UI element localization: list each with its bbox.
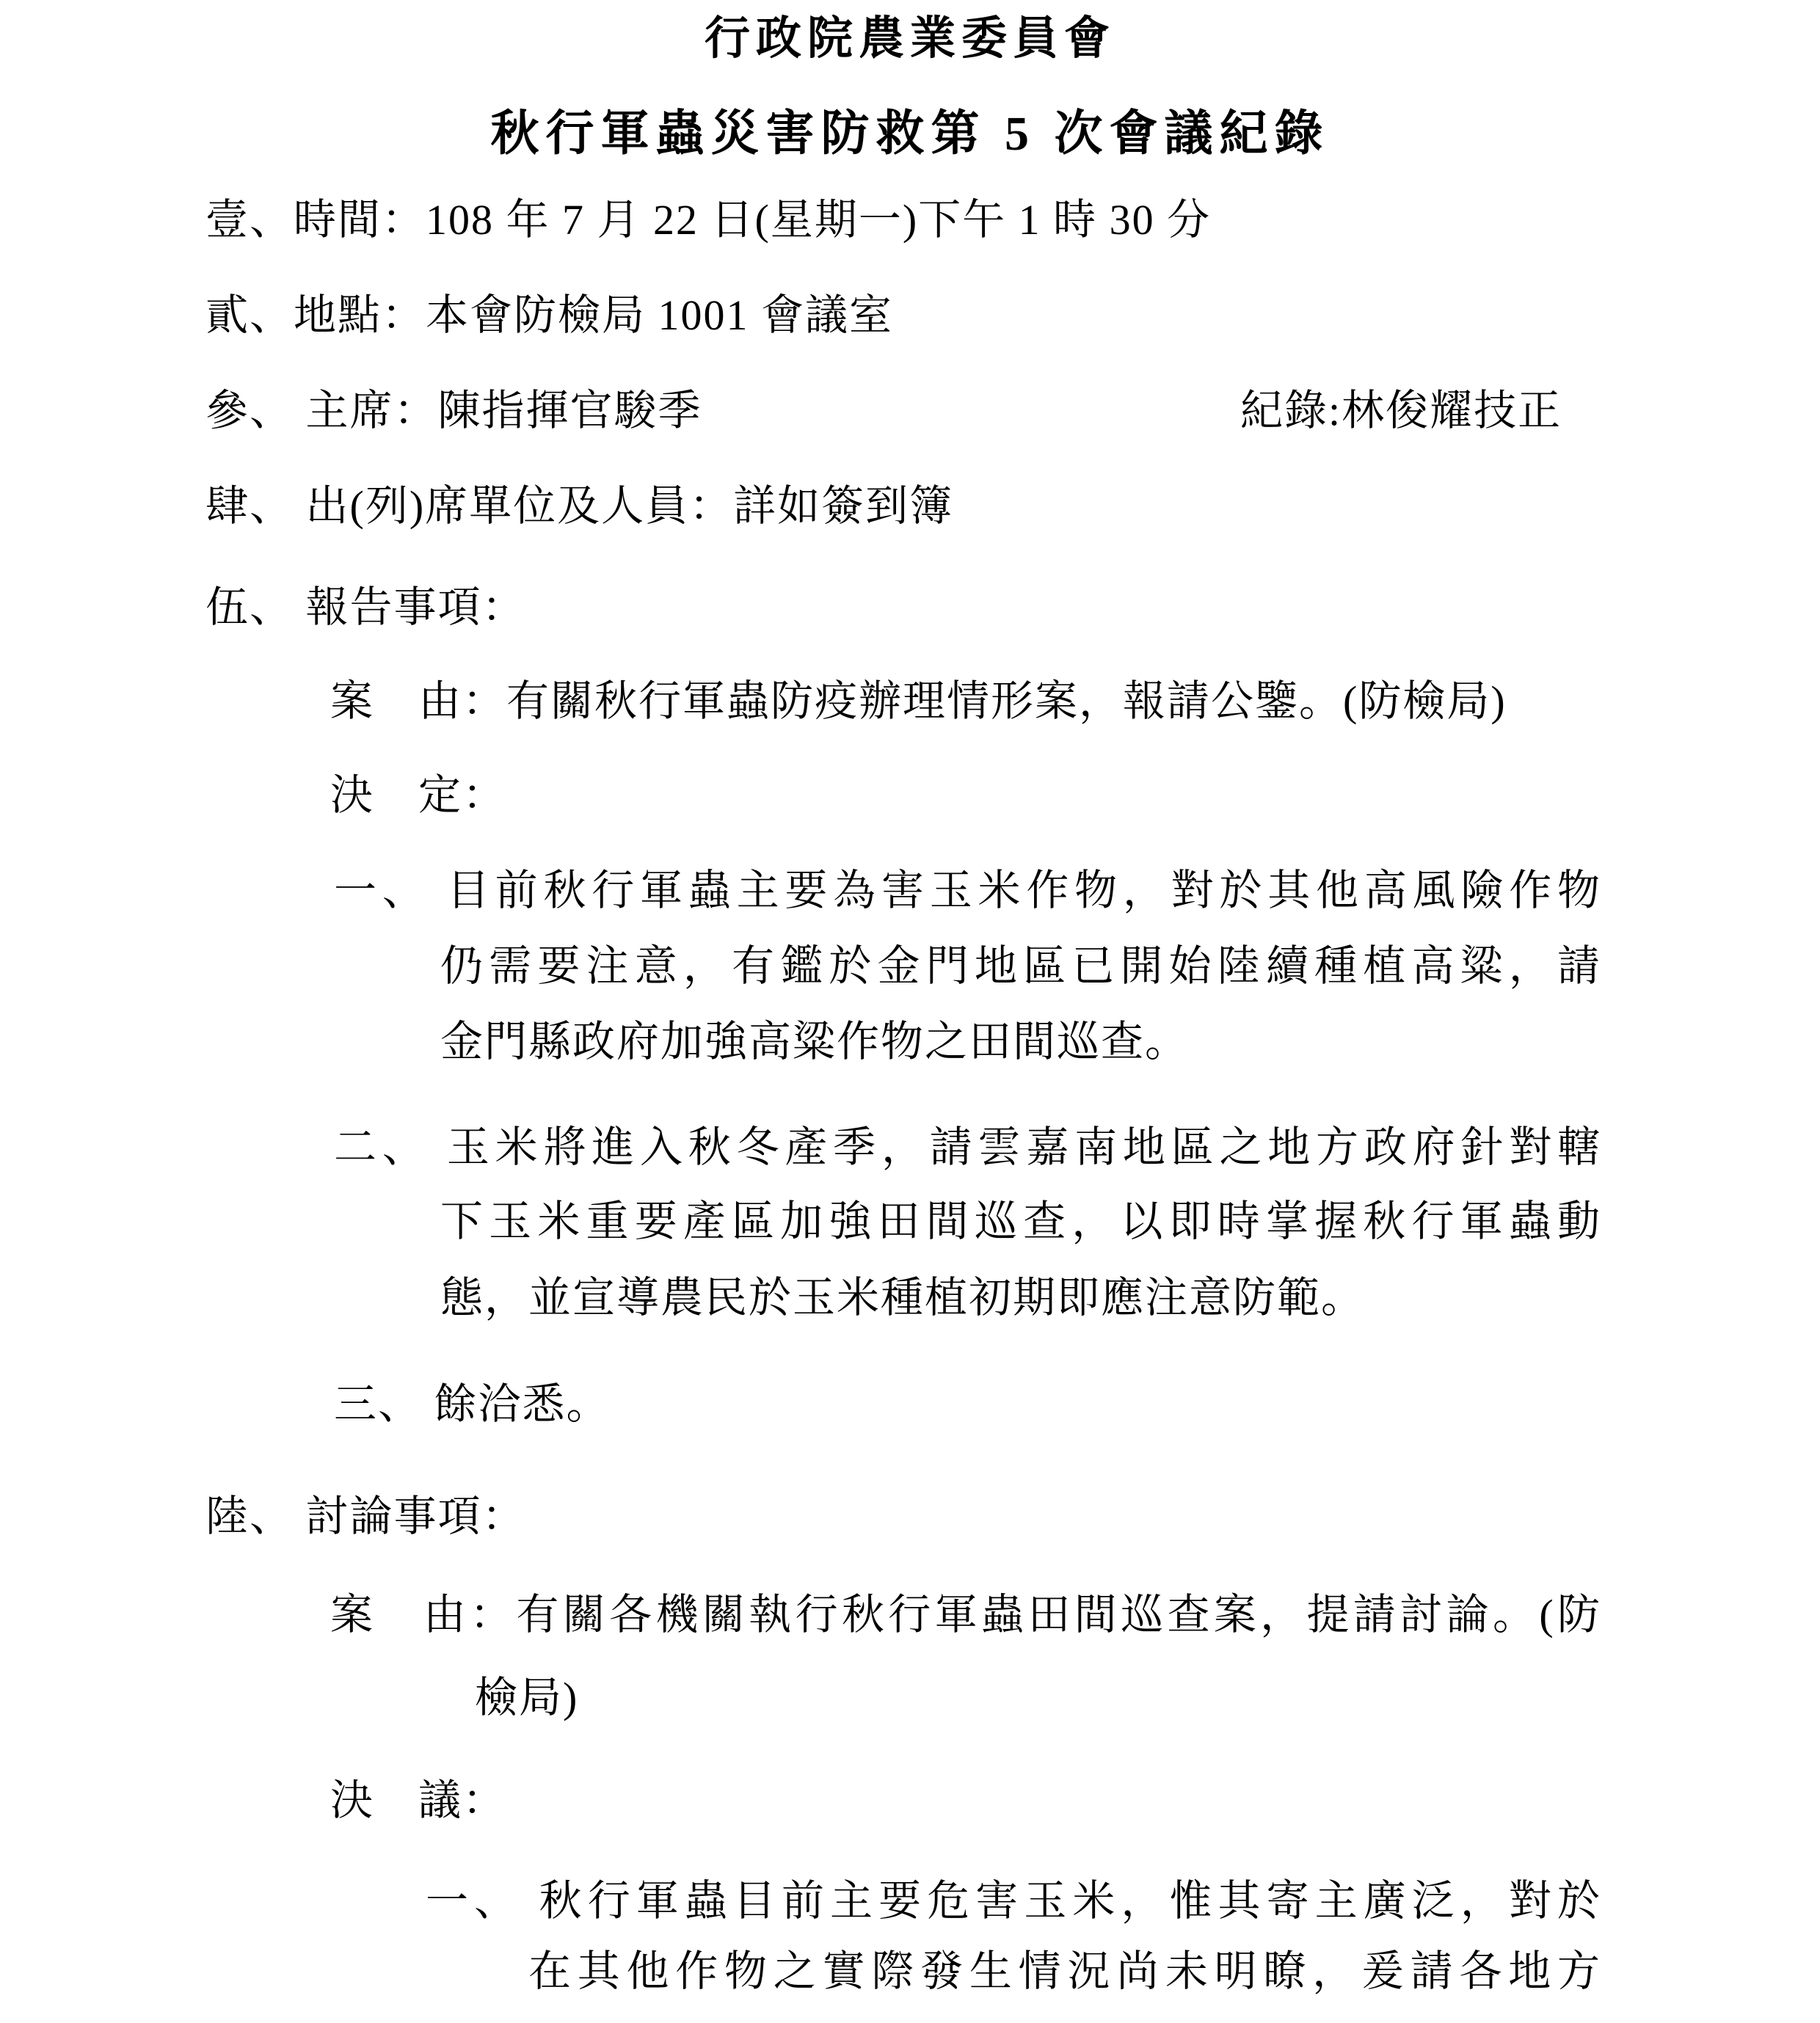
report-item2-line3: 態，並宣導農民於玉米種植初期即應注意防範。 (440, 1275, 1365, 1322)
meeting-minutes-page: 行政院農業委員會 秋行軍蟲災害防救第 5 次會議紀錄 壹、時間：108 年 7 … (0, 0, 1820, 2023)
discussion-item1-line1: 一、 秋行軍蟲目前主要危害玉米，惟其寄主廣泛，對於 (426, 1878, 1600, 1925)
discussion-case-subject-line2: 檢局) (475, 1674, 578, 1721)
report-case-subject: 案 由：有關秋行軍蟲防疫辦理情形案，報請公鑒。(防檢局) (330, 678, 1507, 725)
report-item3: 三、 餘洽悉。 (334, 1381, 611, 1428)
report-item1-line1: 一、 目前秋行軍蟲主要為害玉米作物，對於其他高風險作物 (334, 867, 1600, 914)
section-report-header: 伍、 報告事項： (205, 584, 526, 631)
document-title: 秋行軍蟲災害防救第 5 次會議紀錄 (0, 94, 1820, 164)
line-meeting-time: 壹、時間：108 年 7 月 22 日(星期一)下午 1 時 30 分 (205, 197, 1211, 244)
line-meeting-attendees: 肆、 出(列)席單位及人員：詳如簽到簿 (205, 483, 953, 530)
report-item1-line2: 仍需要注意，有鑑於金門地區已開始陸續種植高粱，請 (440, 943, 1600, 990)
report-item1-line3: 金門縣政府加強高粱作物之田間巡查。 (440, 1018, 1189, 1065)
line-meeting-recorder: 紀錄:林俊耀技正 (1240, 387, 1562, 434)
report-item2-line2: 下玉米重要產區加強田間巡查，以即時掌握秋行軍蟲動 (440, 1198, 1600, 1245)
discussion-decision-label: 決 議： (330, 1777, 506, 1824)
section-discussion-header: 陸、 討論事項： (205, 1493, 526, 1540)
discussion-item1-line2: 在其他作物之實際發生情況尚未明瞭，爰請各地方 (528, 1948, 1600, 1995)
line-meeting-chair: 參、 主席：陳指揮官駿季 (205, 387, 702, 434)
report-item2-line1: 二、 玉米將進入秋冬產季，請雲嘉南地區之地方政府針對轄 (334, 1124, 1600, 1171)
discussion-case-subject-line1: 案 由：有關各機關執行秋行軍蟲田間巡查案，提請討論。(防 (330, 1592, 1600, 1639)
report-decision-label: 決 定： (330, 772, 506, 819)
line-meeting-place: 貳、地點：本會防檢局 1001 會議室 (205, 292, 893, 339)
agency-title: 行政院農業委員會 (0, 1, 1820, 67)
